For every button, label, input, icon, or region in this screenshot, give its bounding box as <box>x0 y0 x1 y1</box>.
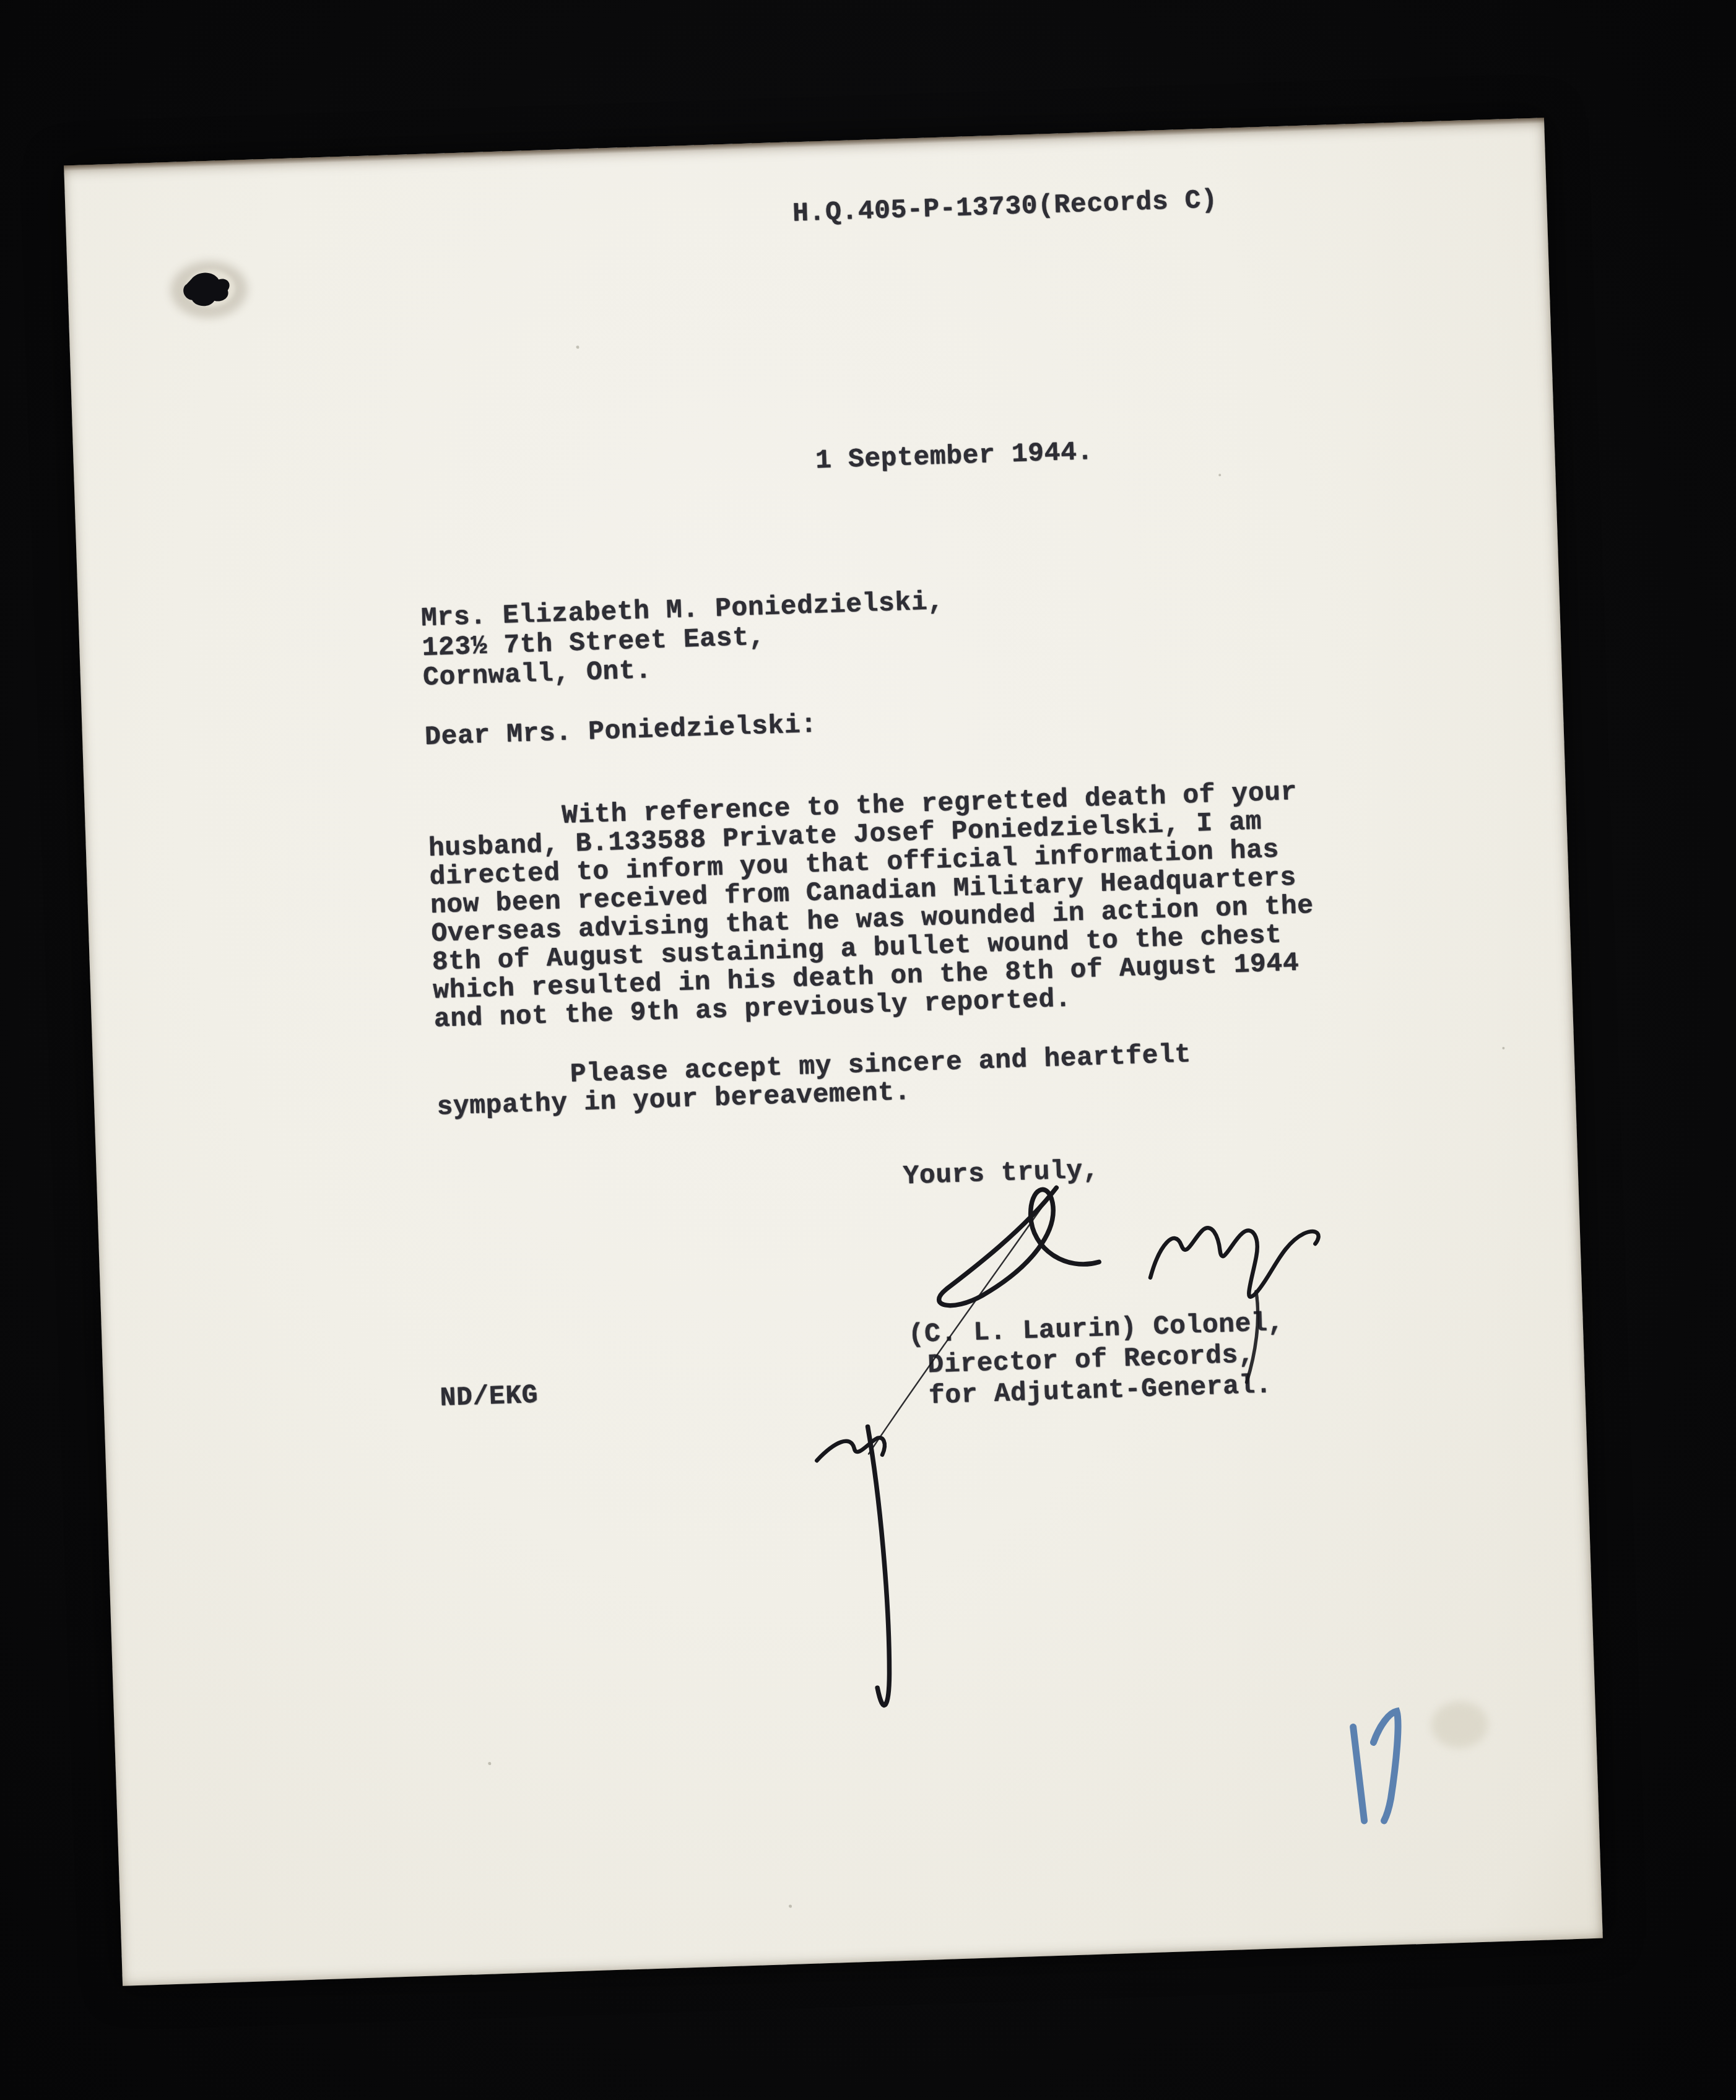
scan-artifacts-layer <box>64 118 1603 1986</box>
page-number-annotation <box>1353 1711 1401 1821</box>
paper-stain <box>1430 1700 1488 1749</box>
photo-background: H.Q.405-P-13730(Records C) 1 September 1… <box>0 0 1736 2100</box>
handwritten-signature <box>808 1178 1333 1707</box>
letter-paper: H.Q.405-P-13730(Records C) 1 September 1… <box>64 118 1603 1986</box>
paper-tear <box>170 260 248 319</box>
paper-specks <box>443 316 1532 1917</box>
